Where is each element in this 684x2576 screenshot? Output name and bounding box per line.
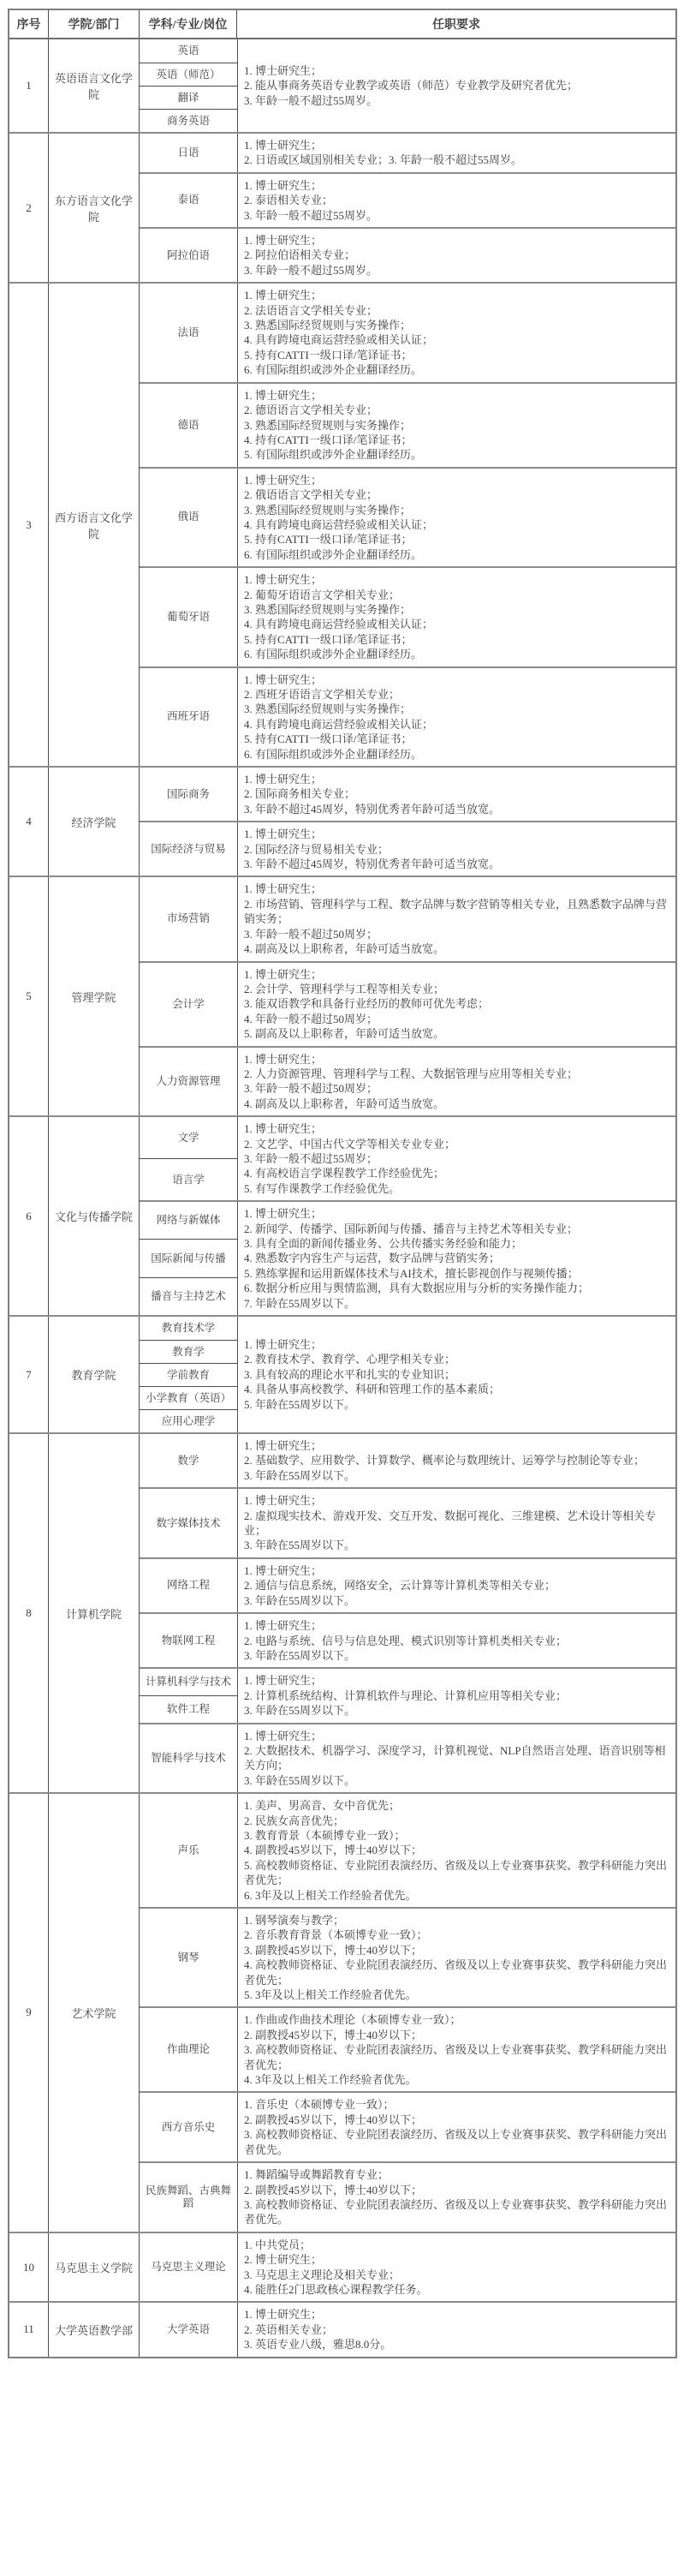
table-row: 1英语语言文化学院英语英语（师范）翻译商务英语1. 博士研究生；2. 能从事商务…	[9, 39, 675, 132]
requirement-line: 1. 博士研究生；	[244, 138, 670, 152]
major-cell: 声乐	[140, 1794, 237, 1907]
majors-column: 智能科学与技术	[140, 1724, 238, 1793]
requirement-line: 5. 持有CATTI一级口译/笔译证书；	[244, 348, 670, 362]
college-cell: 东方语言文化学院	[49, 134, 140, 282]
requirements-cell: 1. 博士研究生；2. 俄语语言文学相关专业；3. 熟悉国际经贸规则与实务操作；…	[238, 469, 675, 566]
requirement-line: 2. 博士研究生；	[244, 2252, 670, 2267]
requirement-line: 6. 数据分析应用与舆情监测，具有大数据应用与分析的实务操作能力；	[244, 1281, 670, 1295]
major-cell: 商务英语	[140, 109, 237, 132]
major-group: 网络工程1. 博士研究生；2. 通信与信息系统，网络安全，云计算等计算机类等相关…	[140, 1557, 675, 1612]
major-group: 民族舞蹈、古典舞蹈1. 舞蹈编导或舞蹈教育专业；2. 副教授45岁以下，博士40…	[140, 2161, 675, 2232]
requirements-cell: 1. 舞蹈编导或舞蹈教育专业；2. 副教授45岁以下，博士40岁以下；3. 高校…	[238, 2163, 675, 2232]
row-number-cell: 9	[9, 1794, 49, 2232]
row-groups: 马克思主义理论1. 中共党员；2. 博士研究生；3. 马克思主义理论及相关专业；…	[140, 2233, 675, 2302]
college-cell: 马克思主义学院	[49, 2233, 140, 2302]
requirement-line: 2. 虚拟现实技术、游戏开发、交互开发、数据可视化、三维建模、艺术设计等相关专业…	[244, 1509, 670, 1539]
requirement-line: 2. 德语语言文学相关专业；	[244, 403, 670, 417]
major-group: 日语1. 博士研究生；2. 日语或区域国别相关专业；3. 年龄一般不超过55周岁…	[140, 134, 675, 172]
requirement-line: 5. 有国际组织或涉外企业翻译经历。	[244, 447, 670, 462]
major-group: 物联网工程1. 博士研究生；2. 电路与系统、信号与信息处理、模式识别等计算机类…	[140, 1612, 675, 1667]
requirement-line: 2. 葡萄牙语语言文学相关专业；	[244, 588, 670, 602]
majors-column: 大学英语	[140, 2303, 238, 2356]
table-row: 8计算机学院数学1. 博士研究生；2. 基础数学、应用数学、计算数学、概率论与数…	[9, 1432, 675, 1792]
majors-column: 泰语	[140, 174, 238, 227]
major-group: 德语1. 博士研究生；2. 德语语言文学相关专业；3. 熟悉国际经贸规则与实务操…	[140, 382, 675, 467]
majors-column: 民族舞蹈、古典舞蹈	[140, 2163, 238, 2232]
table-row: 3西方语言文化学院法语1. 博士研究生；2. 法语语言文学相关专业；3. 熟悉国…	[9, 282, 675, 766]
requirements-cell: 1. 钢琴演奏与教学；2. 音乐教育背景（本硕博专业一致）；3. 副教授45岁以…	[238, 1909, 675, 2006]
major-group: 教育技术学教育学学前教育小学教育（英语）应用心理学1. 博士研究生；2. 教育技…	[140, 1317, 675, 1432]
row-groups: 大学英语1. 博士研究生；2. 英语相关专业；3. 英语专业八级，雅思8.0分。	[140, 2303, 675, 2356]
table-row: 11大学英语教学部大学英语1. 博士研究生；2. 英语相关专业；3. 英语专业八…	[9, 2301, 675, 2356]
majors-column: 教育技术学教育学学前教育小学教育（英语）应用心理学	[140, 1317, 238, 1432]
major-cell: 阿拉伯语	[140, 229, 237, 282]
requirement-line: 4. 副高及以上职称者，年龄可适当放宽。	[244, 941, 670, 956]
majors-column: 阿拉伯语	[140, 229, 238, 282]
requirement-line: 1. 博士研究生；	[244, 882, 670, 896]
requirement-line: 1. 博士研究生；	[244, 178, 670, 193]
majors-column: 英语英语（师范）翻译商务英语	[140, 39, 238, 132]
requirements-cell: 1. 博士研究生；2. 英语相关专业；3. 英语专业八级，雅思8.0分。	[238, 2303, 675, 2356]
requirement-line: 1. 博士研究生；	[244, 772, 670, 786]
table-row: 10马克思主义学院马克思主义理论1. 中共党员；2. 博士研究生；3. 马克思主…	[9, 2232, 675, 2302]
requirement-line: 2. 人力资源管理、管理科学与工程、大数据管理与应用等相关专业；	[244, 1067, 670, 1081]
major-cell: 数字媒体技术	[140, 1489, 237, 1557]
requirements-cell: 1. 博士研究生；2. 虚拟现实技术、游戏开发、交互开发、数据可视化、三维建模、…	[238, 1489, 675, 1557]
major-cell: 文学	[140, 1117, 237, 1158]
major-group: 马克思主义理论1. 中共党员；2. 博士研究生；3. 马克思主义理论及相关专业；…	[140, 2233, 675, 2302]
majors-column: 德语	[140, 384, 238, 467]
college-cell: 大学英语教学部	[49, 2303, 140, 2356]
requirement-line: 5. 有写作课教学工作经验优先。	[244, 1181, 670, 1196]
requirements-cell: 1. 博士研究生；2. 西班牙语语言文学相关专业；3. 熟悉国际经贸规则与实务操…	[238, 668, 675, 766]
requirement-line: 3. 年龄一般不超过55周岁。	[244, 208, 670, 223]
requirement-line: 1. 博士研究生；	[244, 1563, 670, 1578]
requirements-cell: 1. 博士研究生；2. 通信与信息系统，网络安全，云计算等计算机类等相关专业；3…	[238, 1559, 675, 1612]
major-cell: 国际商务	[140, 768, 237, 821]
requirements-cell: 1. 中共党员；2. 博士研究生；3. 马克思主义理论及相关专业；4. 能胜任2…	[238, 2233, 675, 2302]
major-group: 西班牙语1. 博士研究生；2. 西班牙语语言文学相关专业；3. 熟悉国际经贸规则…	[140, 666, 675, 766]
requirements-cell: 1. 博士研究生；2. 泰语相关专业；3. 年龄一般不超过55周岁。	[238, 174, 675, 227]
requirement-line: 3. 教育背景（本硕博专业一致）；	[244, 1828, 670, 1843]
requirement-line: 3. 年龄一般不超过55周岁；	[244, 1151, 670, 1166]
requirement-line: 4. 持有CATTI一级口译/笔译证书；	[244, 433, 670, 447]
requirement-line: 1. 博士研究生；	[244, 967, 670, 982]
requirement-line: 2. 电路与系统、信号与信息处理、模式识别等计算机类相关专业；	[244, 1634, 670, 1648]
requirement-line: 1. 博士研究生；	[244, 2307, 670, 2322]
college-cell: 艺术学院	[49, 1794, 140, 2232]
major-cell: 西班牙语	[140, 668, 237, 766]
requirement-line: 1. 钢琴演奏与教学；	[244, 1913, 670, 1928]
header-cell-college: 学院/部门	[49, 10, 140, 38]
requirement-line: 3. 年龄在55周岁以下。	[244, 1648, 670, 1663]
major-group: 西方音乐史1. 音乐史（本硕博专业一致）；2. 副教授45岁以下，博士40岁以下…	[140, 2091, 675, 2161]
requirements-cell: 1. 博士研究生；2. 市场营销、管理科学与工程、数字品牌与数字营销等相关专业，…	[238, 877, 675, 960]
requirement-line: 4. 具有跨境电商运营经验或相关认证；	[244, 617, 670, 631]
requirement-line: 3. 年龄一般不超过55周岁。	[244, 263, 670, 278]
college-cell: 经济学院	[49, 768, 140, 876]
requirement-line: 1. 博士研究生；	[244, 1052, 670, 1067]
major-group: 数字媒体技术1. 博士研究生；2. 虚拟现实技术、游戏开发、交互开发、数据可视化…	[140, 1487, 675, 1557]
requirement-line: 2. 日语或区域国别相关专业；3. 年龄一般不超过55周岁。	[244, 152, 670, 167]
requirement-line: 2. 民族女高音优先；	[244, 1814, 670, 1828]
requirement-line: 2. 国际经济与贸易相关专业；	[244, 842, 670, 857]
major-group: 人力资源管理1. 博士研究生；2. 人力资源管理、管理科学与工程、大数据管理与应…	[140, 1046, 675, 1116]
requirement-line: 1. 博士研究生；	[244, 1493, 670, 1508]
majors-column: 网络与新媒体国际新闻与传播播音与主持艺术	[140, 1202, 238, 1315]
majors-column: 马克思主义理论	[140, 2233, 238, 2302]
requirement-line: 3. 熟悉国际经贸规则与实务操作；	[244, 503, 670, 517]
requirements-cell: 1. 作曲或作曲技术理论（本硕博专业一致）；2. 副教授45岁以下，博士40岁以…	[238, 2008, 675, 2091]
header-cell-index: 序号	[9, 10, 49, 38]
requirement-line: 3. 年龄不超过45周岁，特别优秀者年龄可适当放宽。	[244, 857, 670, 871]
major-cell: 英语（师范）	[140, 63, 237, 86]
majors-column: 文学语言学	[140, 1117, 238, 1200]
requirement-line: 4. 3年及以上相关工作经验者优先。	[244, 2072, 670, 2087]
requirement-line: 3. 熟悉国际经贸规则与实务操作；	[244, 318, 670, 332]
requirement-line: 2. 阿拉伯语相关专业；	[244, 248, 670, 262]
requirement-line: 1. 博士研究生；	[244, 1206, 670, 1221]
table-body: 1英语语言文化学院英语英语（师范）翻译商务英语1. 博士研究生；2. 能从事商务…	[9, 39, 675, 2357]
college-cell: 教育学院	[49, 1317, 140, 1432]
requirement-line: 2. 计算机系统结构、计算机软件与理论、计算机应用等相关专业；	[244, 1688, 670, 1703]
requirement-line: 1. 博士研究生；	[244, 288, 670, 302]
row-number-cell: 5	[9, 877, 49, 1115]
major-group: 市场营销1. 博士研究生；2. 市场营销、管理科学与工程、数字品牌与数字营销等相…	[140, 877, 675, 960]
majors-column: 会计学	[140, 963, 238, 1046]
requirement-line: 2. 大数据技术、机器学习、深度学习，计算机视觉、NLP自然语言处理、语音识别等…	[244, 1743, 670, 1773]
requirement-line: 3. 年龄一般不超过50周岁；	[244, 927, 670, 941]
requirement-line: 3. 高校教师资格证、专业院团表演经历、省级及以上专业赛事获奖、教学科研能力突出…	[244, 2042, 670, 2072]
requirement-line: 7. 年龄在55周岁以下。	[244, 1296, 670, 1311]
row-number-cell: 8	[9, 1434, 49, 1792]
requirement-line: 4. 具有跨境电商运营经验或相关认证；	[244, 332, 670, 347]
requirements-table: 序号 学院/部门 学科/专业/岗位 任职要求 1英语语言文化学院英语英语（师范）…	[8, 9, 677, 2358]
requirement-line: 6. 有国际组织或涉外企业翻译经历。	[244, 647, 670, 661]
major-cell: 学前教育	[140, 1363, 237, 1386]
requirement-line: 1. 中共党员；	[244, 2238, 670, 2252]
requirement-line: 4. 年龄一般不超过50周岁；	[244, 1012, 670, 1026]
requirement-line: 3. 年龄在55周岁以下。	[244, 1703, 670, 1718]
requirements-cell: 1. 博士研究生；2. 新闻学、传播学、国际新闻与传播、播音与主持艺术等相关专业…	[238, 1202, 675, 1315]
requirement-line: 6. 3年及以上相关工作经验者优先。	[244, 1888, 670, 1903]
requirement-line: 1. 博士研究生；	[244, 1729, 670, 1743]
requirements-cell: 1. 博士研究生；2. 计算机系统结构、计算机软件与理论、计算机应用等相关专业；…	[238, 1669, 675, 1722]
major-cell: 翻译	[140, 86, 237, 109]
requirement-line: 1. 美声、男高音、女中音优先；	[244, 1798, 670, 1813]
major-group: 作曲理论1. 作曲或作曲技术理论（本硕博专业一致）；2. 副教授45岁以下，博士…	[140, 2006, 675, 2091]
major-cell: 大学英语	[140, 2303, 237, 2356]
requirement-line: 5. 持有CATTI一级口译/笔译证书；	[244, 732, 670, 746]
major-group: 钢琴1. 钢琴演奏与教学；2. 音乐教育背景（本硕博专业一致）；3. 副教授45…	[140, 1907, 675, 2006]
major-cell: 教育学	[140, 1340, 237, 1363]
major-group: 文学语言学1. 博士研究生；2. 文艺学、中国古代文学等相关专业专业；3. 年龄…	[140, 1117, 675, 1200]
row-groups: 教育技术学教育学学前教育小学教育（英语）应用心理学1. 博士研究生；2. 教育技…	[140, 1317, 675, 1432]
requirement-line: 6. 有国际组织或涉外企业翻译经历。	[244, 747, 670, 762]
requirement-line: 4. 具备从事高校教学、科研和管理工作的基本素质；	[244, 1382, 670, 1396]
row-number-cell: 6	[9, 1117, 49, 1315]
requirement-line: 2. 俄语语言文学相关专业；	[244, 487, 670, 502]
major-group: 数学1. 博士研究生；2. 基础数学、应用数学、计算数学、概率论与数理统计、运筹…	[140, 1434, 675, 1487]
requirement-line: 1. 博士研究生；	[244, 672, 670, 687]
requirement-line: 2. 通信与信息系统，网络安全，云计算等计算机类等相关专业；	[244, 1578, 670, 1593]
college-cell: 文化与传播学院	[49, 1117, 140, 1315]
table-row: 4经济学院国际商务1. 博士研究生；2. 国际商务相关专业；3. 年龄不超过45…	[9, 766, 675, 876]
requirements-cell: 1. 博士研究生；2. 阿拉伯语相关专业；3. 年龄一般不超过55周岁。	[238, 229, 675, 282]
major-cell: 国际新闻与传播	[140, 1239, 237, 1276]
table-row: 5管理学院市场营销1. 博士研究生；2. 市场营销、管理科学与工程、数字品牌与数…	[9, 876, 675, 1115]
major-group: 计算机科学与技术软件工程1. 博士研究生；2. 计算机系统结构、计算机软件与理论…	[140, 1667, 675, 1722]
majors-column: 市场营销	[140, 877, 238, 960]
major-group: 大学英语1. 博士研究生；2. 英语相关专业；3. 英语专业八级，雅思8.0分。	[140, 2303, 675, 2356]
table-header-row: 序号 学院/部门 学科/专业/岗位 任职要求	[9, 10, 675, 39]
requirement-line: 3. 年龄在55周岁以下。	[244, 1468, 670, 1483]
requirement-line: 2. 英语相关专业；	[244, 2322, 670, 2337]
requirement-line: 2. 会计学、管理科学与工程等相关专业；	[244, 982, 670, 996]
requirements-cell: 1. 博士研究生；2. 国际经济与贸易相关专业；3. 年龄不超过45周岁，特别优…	[238, 822, 675, 876]
row-groups: 日语1. 博士研究生；2. 日语或区域国别相关专业；3. 年龄一般不超过55周岁…	[140, 134, 675, 282]
requirement-line: 3. 年龄在55周岁以下。	[244, 1538, 670, 1552]
major-cell: 英语	[140, 39, 237, 63]
requirement-line: 3. 能双语教学和具备行业经历的教师可优先考虑；	[244, 996, 670, 1011]
requirement-line: 2. 副教授45岁以下，博士40岁以下；	[244, 2183, 670, 2197]
requirement-line: 3. 具有全面的新闻传播业务、公共传播实务经验和能力；	[244, 1236, 670, 1251]
major-cell: 物联网工程	[140, 1614, 237, 1667]
requirement-line: 1. 博士研究生；	[244, 827, 670, 841]
major-cell: 人力资源管理	[140, 1048, 237, 1116]
majors-column: 葡萄牙语	[140, 568, 238, 666]
row-number-cell: 11	[9, 2303, 49, 2356]
requirement-line: 3. 年龄一般不超过55周岁。	[244, 93, 670, 108]
major-cell: 泰语	[140, 174, 237, 227]
major-cell: 俄语	[140, 469, 237, 566]
requirement-line: 5. 熟练掌握和运用新媒体技术与AI技术，擅长影视创作与视频传播；	[244, 1266, 670, 1281]
major-cell: 计算机科学与技术	[140, 1669, 237, 1695]
majors-column: 作曲理论	[140, 2008, 238, 2091]
requirements-cell: 1. 博士研究生；2. 电路与系统、信号与信息处理、模式识别等计算机类相关专业；…	[238, 1614, 675, 1667]
requirements-cell: 1. 美声、男高音、女中音优先；2. 民族女高音优先；3. 教育背景（本硕博专业…	[238, 1794, 675, 1907]
major-group: 葡萄牙语1. 博士研究生；2. 葡萄牙语语言文学相关专业；3. 熟悉国际经贸规则…	[140, 566, 675, 666]
major-cell: 播音与主持艺术	[140, 1277, 237, 1315]
requirement-line: 4. 具有跨境电商运营经验或相关认证；	[244, 717, 670, 732]
requirement-line: 2. 市场营销、管理科学与工程、数字品牌与数字营销等相关专业，且熟悉数字品牌与营…	[244, 897, 670, 927]
requirement-line: 1. 舞蹈编导或舞蹈教育专业；	[244, 2167, 670, 2182]
majors-column: 西方音乐史	[140, 2093, 238, 2161]
requirements-cell: 1. 博士研究生；2. 日语或区域国别相关专业；3. 年龄一般不超过55周岁。	[238, 134, 675, 172]
major-cell: 教育技术学	[140, 1317, 237, 1340]
requirement-line: 4. 能胜任2门思政核心课程教学任务。	[244, 2282, 670, 2297]
requirement-line: 1. 博士研究生；	[244, 1618, 670, 1633]
requirement-line: 2. 国际商务相关专业；	[244, 786, 670, 801]
requirement-line: 4. 高校教师资格证、专业院团表演经历、省级及以上专业赛事获奖、教学科研能力突出…	[244, 1957, 670, 1987]
major-group: 国际经济与贸易1. 博士研究生；2. 国际经济与贸易相关专业；3. 年龄不超过4…	[140, 821, 675, 876]
row-groups: 声乐1. 美声、男高音、女中音优先；2. 民族女高音优先；3. 教育背景（本硕博…	[140, 1794, 675, 2232]
major-cell: 钢琴	[140, 1909, 237, 2006]
requirement-line: 2. 法语语言文学相关专业；	[244, 303, 670, 318]
table-row: 6文化与传播学院文学语言学1. 博士研究生；2. 文艺学、中国古代文学等相关专业…	[9, 1115, 675, 1315]
requirement-line: 5. 高校教师资格证、专业院团表演经历、省级及以上专业赛事获奖、教学科研能力突出…	[244, 1858, 670, 1888]
requirement-line: 1. 博士研究生；	[244, 1121, 670, 1136]
requirement-line: 3. 具有较高的理论水平和扎实的专业知识；	[244, 1367, 670, 1382]
row-groups: 英语英语（师范）翻译商务英语1. 博士研究生；2. 能从事商务英语专业教学或英语…	[140, 39, 675, 132]
requirement-line: 2. 副教授45岁以下，博士40岁以下；	[244, 2113, 670, 2127]
requirement-line: 3. 熟悉国际经贸规则与实务操作；	[244, 418, 670, 433]
row-groups: 法语1. 博士研究生；2. 法语语言文学相关专业；3. 熟悉国际经贸规则与实务操…	[140, 284, 675, 766]
requirement-line: 1. 博士研究生；	[244, 572, 670, 587]
requirements-cell: 1. 博士研究生；2. 国际商务相关专业；3. 年龄不超过45周岁，特别优秀者年…	[238, 768, 675, 821]
major-cell: 民族舞蹈、古典舞蹈	[140, 2163, 237, 2232]
requirement-line: 2. 教育技术学、教育学、心理学相关专业；	[244, 1352, 670, 1366]
requirement-line: 3. 高校教师资格证、专业院团表演经历、省级及以上专业赛事获奖、教学科研能力突出…	[244, 2127, 670, 2157]
requirement-line: 3. 年龄在55周岁以下。	[244, 1593, 670, 1608]
row-number-cell: 1	[9, 39, 49, 132]
requirement-line: 1. 博士研究生；	[244, 1438, 670, 1453]
requirements-cell: 1. 博士研究生；2. 葡萄牙语语言文学相关专业；3. 熟悉国际经贸规则与实务操…	[238, 568, 675, 666]
majors-column: 数学	[140, 1434, 238, 1487]
row-number-cell: 3	[9, 284, 49, 766]
college-cell: 西方语言文化学院	[49, 284, 140, 766]
major-cell: 西方音乐史	[140, 2093, 237, 2161]
major-cell: 小学教育（英语）	[140, 1386, 237, 1409]
requirement-line: 3. 高校教师资格证、专业院团表演经历、省级及以上专业赛事获奖、教学科研能力突出…	[244, 2197, 670, 2227]
college-cell: 计算机学院	[49, 1434, 140, 1792]
major-cell: 应用心理学	[140, 1409, 237, 1432]
requirement-line: 5. 3年及以上相关工作经验者优先。	[244, 1987, 670, 2002]
major-group: 国际商务1. 博士研究生；2. 国际商务相关专业；3. 年龄不超过45周岁，特别…	[140, 768, 675, 821]
requirement-line: 3. 年龄在55周岁以下。	[244, 1773, 670, 1788]
major-cell: 国际经济与贸易	[140, 822, 237, 876]
major-cell: 葡萄牙语	[140, 568, 237, 666]
requirement-line: 3. 年龄一般不超过50周岁；	[244, 1081, 670, 1096]
majors-column: 钢琴	[140, 1909, 238, 2006]
major-group: 网络与新媒体国际新闻与传播播音与主持艺术1. 博士研究生；2. 新闻学、传播学、…	[140, 1200, 675, 1315]
requirement-line: 1. 博士研究生；	[244, 1337, 670, 1352]
majors-column: 人力资源管理	[140, 1048, 238, 1116]
major-group: 泰语1. 博士研究生；2. 泰语相关专业；3. 年龄一般不超过55周岁。	[140, 172, 675, 227]
major-cell: 作曲理论	[140, 2008, 237, 2091]
majors-column: 西班牙语	[140, 668, 238, 766]
major-cell: 网络与新媒体	[140, 1202, 237, 1239]
row-number-cell: 2	[9, 134, 49, 282]
majors-column: 物联网工程	[140, 1614, 238, 1667]
requirement-line: 4. 副高及以上职称者，年龄可适当放宽。	[244, 1097, 670, 1111]
major-cell: 会计学	[140, 963, 237, 1046]
major-cell: 软件工程	[140, 1695, 237, 1723]
header-cell-major: 学科/专业/岗位	[140, 10, 237, 38]
requirements-cell: 1. 博士研究生；2. 会计学、管理科学与工程等相关专业；3. 能双语教学和具备…	[238, 963, 675, 1046]
header-cell-requirements: 任职要求	[237, 10, 675, 38]
major-group: 法语1. 博士研究生；2. 法语语言文学相关专业；3. 熟悉国际经贸规则与实务操…	[140, 284, 675, 381]
majors-column: 俄语	[140, 469, 238, 566]
major-cell: 日语	[140, 134, 237, 172]
requirement-line: 3. 英语专业八级，雅思8.0分。	[244, 2337, 670, 2352]
requirement-line: 4. 熟悉数字内容生产与运营，数字品牌与营销实务；	[244, 1251, 670, 1265]
requirement-line: 3. 马克思主义理论及相关专业；	[244, 2268, 670, 2282]
requirement-line: 2. 基础数学、应用数学、计算数学、概率论与数理统计、运筹学与控制论等专业；	[244, 1453, 670, 1467]
requirement-line: 2. 音乐教育背景（本硕博专业一致）；	[244, 1928, 670, 1942]
major-cell: 德语	[140, 384, 237, 467]
requirement-line: 2. 文艺学、中国古代文学等相关专业专业；	[244, 1137, 670, 1151]
row-groups: 国际商务1. 博士研究生；2. 国际商务相关专业；3. 年龄不超过45周岁，特别…	[140, 768, 675, 876]
requirements-cell: 1. 博士研究生；2. 能从事商务英语专业教学或英语（师范）专业教学及研究者优先…	[238, 39, 675, 132]
majors-column: 网络工程	[140, 1559, 238, 1612]
majors-column: 计算机科学与技术软件工程	[140, 1669, 238, 1722]
requirement-line: 3. 熟悉国际经贸规则与实务操作；	[244, 602, 670, 617]
row-groups: 市场营销1. 博士研究生；2. 市场营销、管理科学与工程、数字品牌与数字营销等相…	[140, 877, 675, 1115]
major-cell: 语言学	[140, 1158, 237, 1200]
majors-column: 数字媒体技术	[140, 1489, 238, 1557]
major-cell: 法语	[140, 284, 237, 381]
requirement-line: 6. 有国际组织或涉外企业翻译经历。	[244, 362, 670, 377]
requirement-line: 6. 有国际组织或涉外企业翻译经历。	[244, 547, 670, 562]
requirements-cell: 1. 音乐史（本硕博专业一致）；2. 副教授45岁以下，博士40岁以下；3. 高…	[238, 2093, 675, 2161]
major-cell: 智能科学与技术	[140, 1724, 237, 1793]
requirement-line: 1. 博士研究生；	[244, 473, 670, 487]
requirement-line: 2. 副教授45岁以下，博士40岁以下；	[244, 2028, 670, 2042]
majors-column: 法语	[140, 284, 238, 381]
requirements-cell: 1. 博士研究生；2. 法语语言文学相关专业；3. 熟悉国际经贸规则与实务操作；…	[238, 284, 675, 381]
majors-column: 国际商务	[140, 768, 238, 821]
majors-column: 日语	[140, 134, 238, 172]
requirement-line: 4. 有高校语言学课程教学工作经验优先；	[244, 1166, 670, 1180]
requirements-cell: 1. 博士研究生；2. 基础数学、应用数学、计算数学、概率论与数理统计、运筹学与…	[238, 1434, 675, 1487]
requirement-line: 2. 新闻学、传播学、国际新闻与传播、播音与主持艺术等相关专业；	[244, 1222, 670, 1236]
major-cell: 马克思主义理论	[140, 2233, 237, 2302]
requirement-line: 1. 音乐史（本硕博专业一致）；	[244, 2097, 670, 2112]
page: 序号 学院/部门 学科/专业/岗位 任职要求 1英语语言文化学院英语英语（师范）…	[0, 0, 684, 2369]
requirement-line: 3. 副教授45岁以下，博士40岁以下；	[244, 1943, 670, 1957]
row-groups: 文学语言学1. 博士研究生；2. 文艺学、中国古代文学等相关专业专业；3. 年龄…	[140, 1117, 675, 1315]
major-cell: 网络工程	[140, 1559, 237, 1612]
major-cell: 数学	[140, 1434, 237, 1487]
college-cell: 英语语言文化学院	[49, 39, 140, 132]
requirement-line: 3. 熟悉国际经贸规则与实务操作；	[244, 702, 670, 716]
requirement-line: 1. 博士研究生；	[244, 1673, 670, 1688]
requirements-cell: 1. 博士研究生；2. 大数据技术、机器学习、深度学习，计算机视觉、NLP自然语…	[238, 1724, 675, 1793]
requirement-line: 1. 博士研究生；	[244, 388, 670, 403]
requirement-line: 4. 具有跨境电商运营经验或相关认证；	[244, 517, 670, 532]
requirement-line: 5. 持有CATTI一级口译/笔译证书；	[244, 632, 670, 647]
requirement-line: 2. 西班牙语语言文学相关专业；	[244, 687, 670, 702]
major-group: 智能科学与技术1. 博士研究生；2. 大数据技术、机器学习、深度学习，计算机视觉…	[140, 1723, 675, 1793]
row-groups: 数学1. 博士研究生；2. 基础数学、应用数学、计算数学、概率论与数理统计、运筹…	[140, 1434, 675, 1792]
requirement-line: 1. 博士研究生；	[244, 63, 670, 78]
requirement-line: 1. 博士研究生；	[244, 233, 670, 248]
major-group: 英语英语（师范）翻译商务英语1. 博士研究生；2. 能从事商务英语专业教学或英语…	[140, 39, 675, 132]
major-group: 会计学1. 博士研究生；2. 会计学、管理科学与工程等相关专业；3. 能双语教学…	[140, 961, 675, 1046]
requirement-line: 3. 年龄不超过45周岁，特别优秀者年龄可适当放宽。	[244, 802, 670, 816]
requirements-cell: 1. 博士研究生；2. 德语语言文学相关专业；3. 熟悉国际经贸规则与实务操作；…	[238, 384, 675, 467]
requirement-line: 2. 泰语相关专业；	[244, 193, 670, 207]
requirement-line: 5. 持有CATTI一级口译/笔译证书；	[244, 532, 670, 547]
majors-column: 声乐	[140, 1794, 238, 1907]
requirements-cell: 1. 博士研究生；2. 教育技术学、教育学、心理学相关专业；3. 具有较高的理论…	[238, 1317, 675, 1432]
requirement-line: 4. 副教授45岁以下，博士40岁以下；	[244, 1843, 670, 1857]
college-cell: 管理学院	[49, 877, 140, 1115]
requirement-line: 5. 副高及以上职称者，年龄可适当放宽。	[244, 1026, 670, 1041]
requirements-cell: 1. 博士研究生；2. 文艺学、中国古代文学等相关专业专业；3. 年龄一般不超过…	[238, 1117, 675, 1200]
table-row: 7教育学院教育技术学教育学学前教育小学教育（英语）应用心理学1. 博士研究生；2…	[9, 1315, 675, 1432]
row-number-cell: 4	[9, 768, 49, 876]
row-number-cell: 7	[9, 1317, 49, 1432]
major-cell: 市场营销	[140, 877, 237, 960]
majors-column: 国际经济与贸易	[140, 822, 238, 876]
major-group: 阿拉伯语1. 博士研究生；2. 阿拉伯语相关专业；3. 年龄一般不超过55周岁。	[140, 227, 675, 282]
table-row: 9艺术学院声乐1. 美声、男高音、女中音优先；2. 民族女高音优先；3. 教育背…	[9, 1792, 675, 2232]
requirement-line: 1. 作曲或作曲技术理论（本硕博专业一致）；	[244, 2012, 670, 2027]
major-group: 俄语1. 博士研究生；2. 俄语语言文学相关专业；3. 熟悉国际经贸规则与实务操…	[140, 467, 675, 566]
requirement-line: 5. 年龄在55周岁以下。	[244, 1397, 670, 1412]
